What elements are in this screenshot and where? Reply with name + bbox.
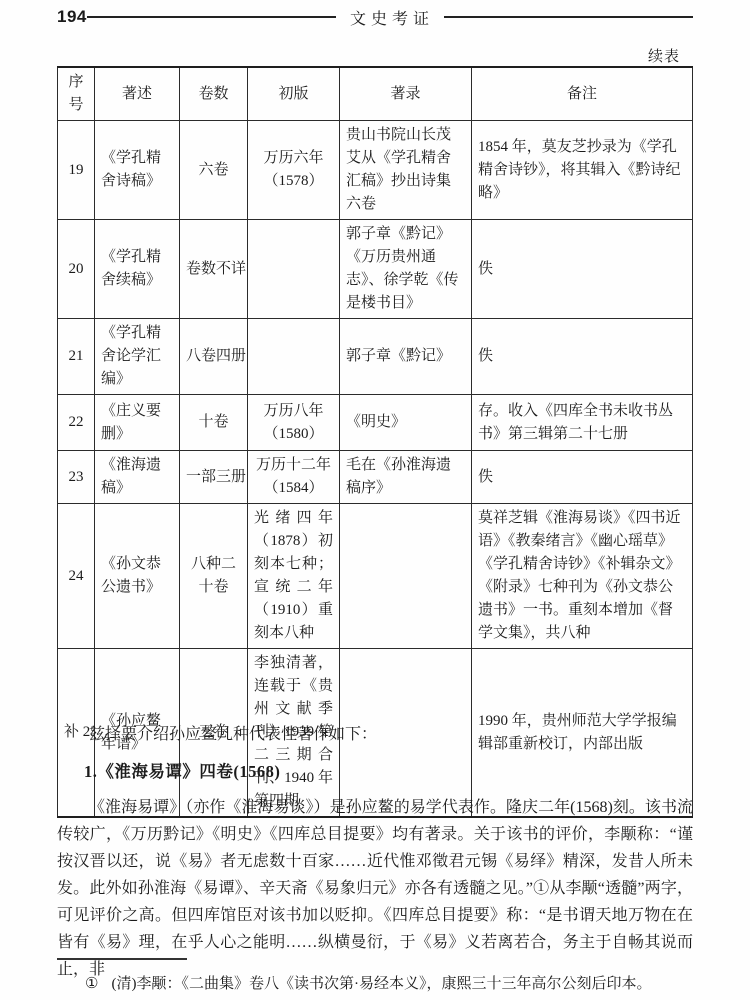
cell-volumes: 卷数不详 — [180, 220, 248, 319]
table-continuation-label: 续表 — [648, 45, 680, 66]
cell-first-edition — [248, 220, 340, 319]
cell-records: 郭子章《黔记》《万历贵州通志》、徐学乾《传是楼书目》 — [340, 220, 472, 319]
column-header-first-edition: 初版 — [248, 67, 340, 121]
cell-first-edition: 光绪四年（1878）初刻本七种；宣统二年（1910）重刻本八种 — [248, 504, 340, 649]
cell-notes: 莫祥芝辑《淮海易谈》《四书近语》《教秦绪言》《幽心瑶草》《学孔精舍诗钞》《补辑杂… — [472, 504, 693, 649]
column-header-volumes: 卷数 — [180, 67, 248, 121]
header-rule-right — [444, 16, 693, 18]
cell-first-edition: 万历六年（1578） — [248, 121, 340, 220]
cell-serial: 19 — [58, 121, 95, 220]
page-header-title: 文史考证 — [350, 6, 434, 29]
cell-work: 《孙文恭公遗书》 — [95, 504, 180, 649]
book-page: 194 文史考证 续表 序号 著述 卷数 初版 著录 备注 19 《学孔精舍诗稿… — [0, 0, 750, 1000]
cell-work: 《学孔精舍续稿》 — [95, 220, 180, 319]
cell-records: 郭子章《黔记》 — [340, 319, 472, 395]
cell-work: 《淮海遗稿》 — [95, 451, 180, 504]
cell-volumes: 一部三册 — [180, 451, 248, 504]
table-header-row: 序号 著述 卷数 初版 著录 备注 — [58, 67, 693, 121]
footnote-marker: ① — [85, 976, 98, 992]
cell-records: 《明史》 — [340, 395, 472, 451]
body-paragraph: 《淮海易谭》（亦作《淮海易谈》）是孙应鳌的易学代表作。隆庆二年(1568)刻。该… — [57, 794, 693, 983]
table-row: 24 《孙文恭公遗书》 八种二十卷 光绪四年（1878）初刻本七种；宣统二年（1… — [58, 504, 693, 649]
table-row: 22 《庄义要删》 十卷 万历八年（1580） 《明史》 存。收入《四库全书未收… — [58, 395, 693, 451]
cell-serial: 22 — [58, 395, 95, 451]
column-header-serial: 序号 — [58, 67, 95, 121]
cell-work: 《庄义要删》 — [95, 395, 180, 451]
header-rule-left — [87, 16, 336, 18]
cell-notes: 佚 — [472, 451, 693, 504]
table-row: 19 《学孔精舍诗稿》 六卷 万历六年（1578） 贵山书院山长茂艾从《学孔精舍… — [58, 121, 693, 220]
cell-serial: 21 — [58, 319, 95, 395]
column-header-notes: 备注 — [472, 67, 693, 121]
cell-volumes: 八种二十卷 — [180, 504, 248, 649]
footnote-divider — [57, 958, 187, 960]
cell-records: 贵山书院山长茂艾从《学孔精舍汇稿》抄出诗集六卷 — [340, 121, 472, 220]
works-table: 序号 著述 卷数 初版 著录 备注 19 《学孔精舍诗稿》 六卷 万历六年（15… — [57, 66, 693, 818]
table-row: 20 《学孔精舍续稿》 卷数不详 郭子章《黔记》《万历贵州通志》、徐学乾《传是楼… — [58, 220, 693, 319]
footnote: ①(清)李颙：《二曲集》卷八《读书次第·易经本义》，康熙三十三年高尔公刻后印本。 — [57, 973, 693, 995]
cell-serial: 20 — [58, 220, 95, 319]
cell-records: 毛在《孙淮海遗稿序》 — [340, 451, 472, 504]
cell-work: 《学孔精舍诗稿》 — [95, 121, 180, 220]
cell-first-edition — [248, 319, 340, 395]
table-row: 21 《学孔精舍论学汇编》 八卷四册 郭子章《黔记》 佚 — [58, 319, 693, 395]
cell-notes: 存。收入《四库全书未收书丛书》第三辑第二十七册 — [472, 395, 693, 451]
footnote-text: (清)李颙：《二曲集》卷八《读书次第·易经本义》，康熙三十三年高尔公刻后印本。 — [111, 976, 651, 992]
cell-volumes: 六卷 — [180, 121, 248, 220]
cell-volumes: 十卷 — [180, 395, 248, 451]
cell-work: 《学孔精舍论学汇编》 — [95, 319, 180, 395]
section-heading: 1.《淮海易谭》四卷(1568) — [57, 758, 693, 782]
table-row: 23 《淮海遗稿》 一部三册 万历十二年（1584） 毛在《孙淮海遗稿序》 佚 — [58, 451, 693, 504]
running-head: 194 文史考证 — [57, 7, 693, 27]
cell-records — [340, 504, 472, 649]
intro-paragraph: 兹择要介绍孙应鳌几种代表性著作如下： — [57, 722, 693, 748]
column-header-records: 著录 — [340, 67, 472, 121]
cell-serial: 24 — [58, 504, 95, 649]
cell-first-edition: 万历十二年（1584） — [248, 451, 340, 504]
page-number: 194 — [57, 7, 87, 27]
cell-first-edition: 万历八年（1580） — [248, 395, 340, 451]
column-header-work: 著述 — [95, 67, 180, 121]
cell-notes: 1854 年，莫友芝抄录为《学孔精舍诗钞》，将其辑入《黔诗纪略》 — [472, 121, 693, 220]
cell-serial: 23 — [58, 451, 95, 504]
cell-volumes: 八卷四册 — [180, 319, 248, 395]
cell-notes: 佚 — [472, 220, 693, 319]
cell-notes: 佚 — [472, 319, 693, 395]
